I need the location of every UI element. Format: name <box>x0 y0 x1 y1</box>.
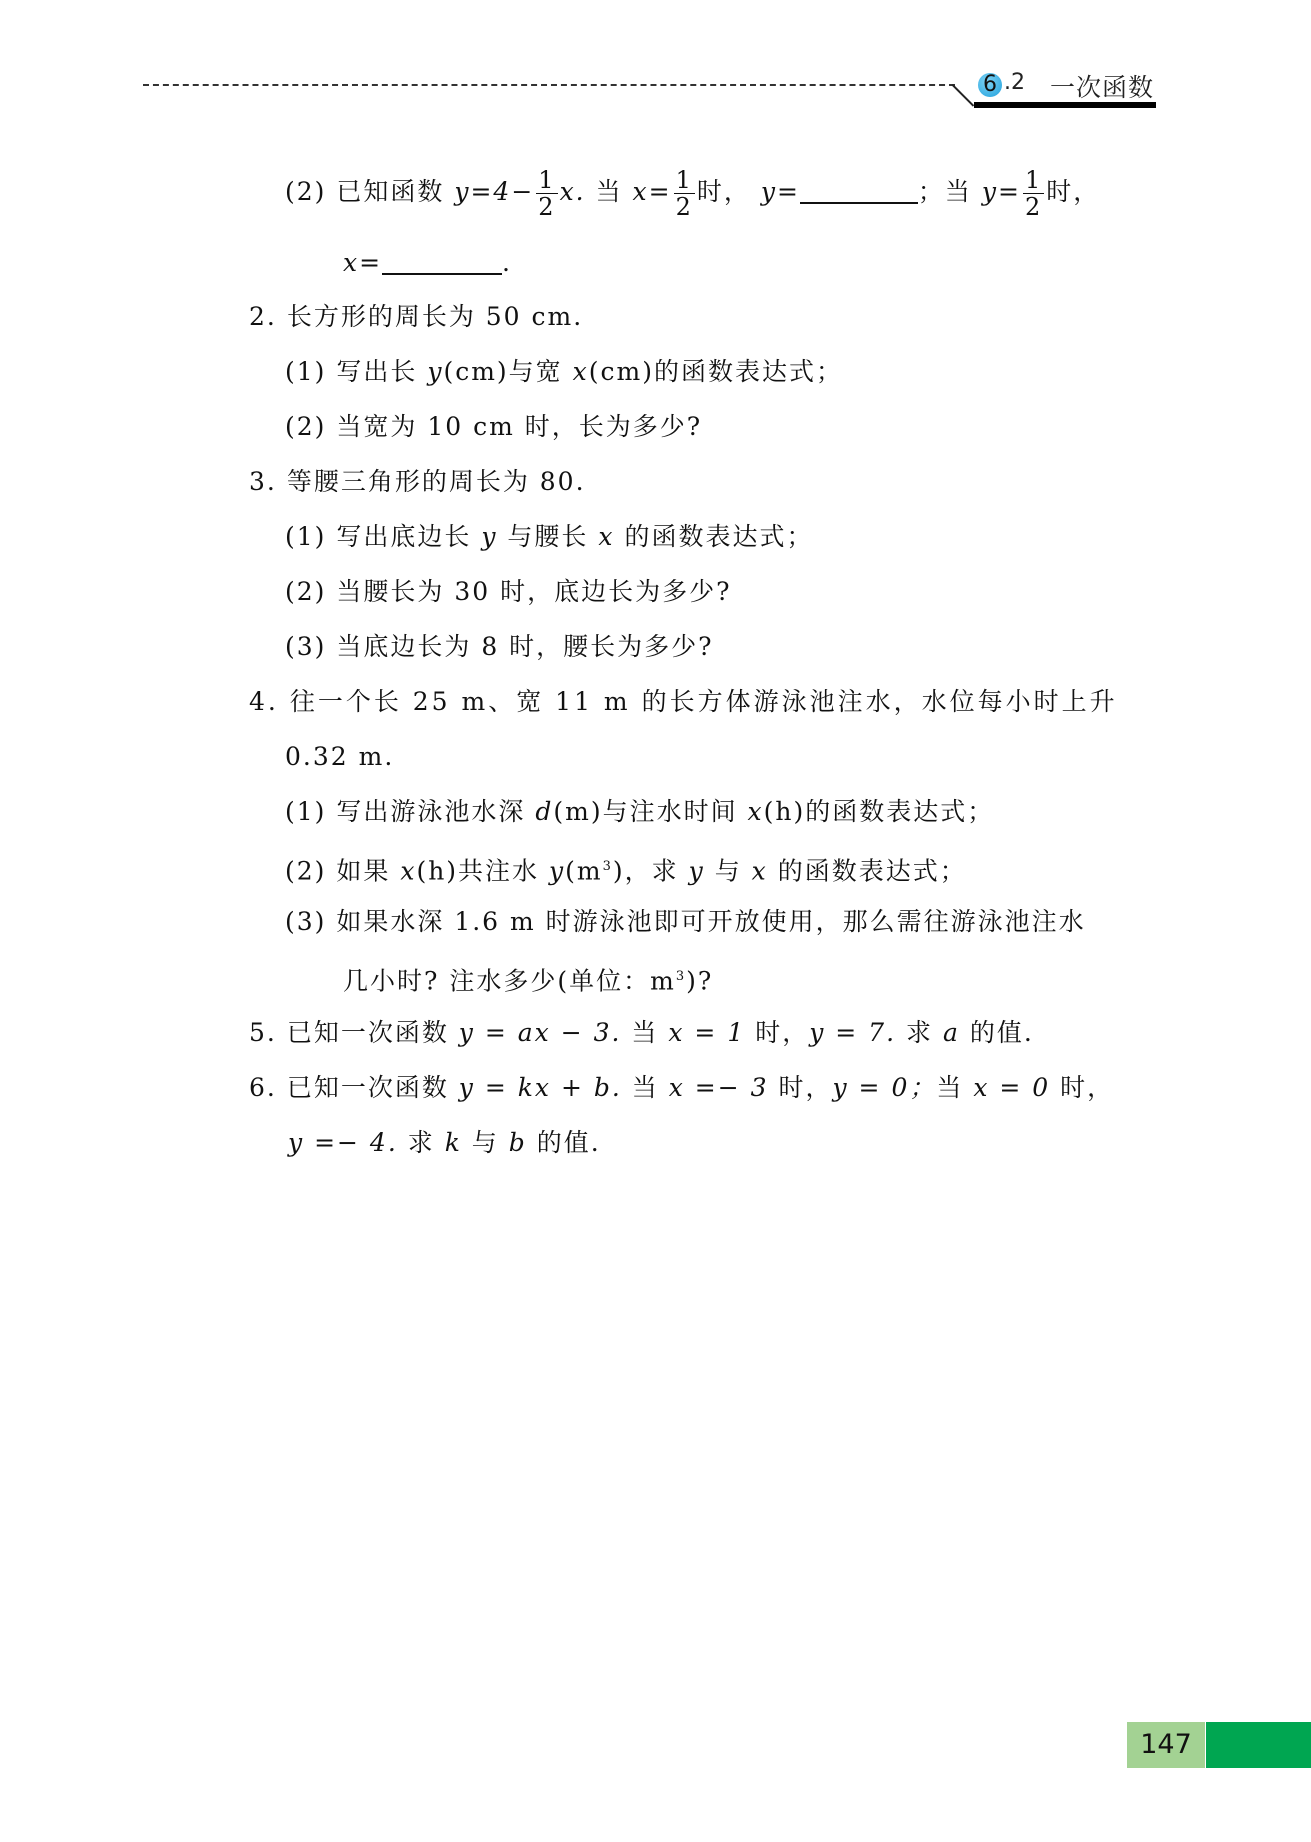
fraction-numerator: 1 <box>536 167 557 194</box>
question-text: 等腰三角形的周长为 80. <box>287 467 586 496</box>
math-var: x <box>598 522 614 551</box>
math-var: x <box>752 856 768 885</box>
text: 时， <box>1046 177 1100 206</box>
part-label: (1) <box>285 797 326 826</box>
q3-part3: (3) 当底边长为 8 时，腰长为多少? <box>285 632 714 662</box>
text: 当 <box>631 1018 658 1047</box>
fraction-numerator: 1 <box>674 167 695 194</box>
math-expr: x. <box>560 177 586 206</box>
text: 与腰长 <box>507 522 588 551</box>
q5: 5. 已知一次函数 y = ax − 3. 当 x = 1 时，y = 7. 求… <box>249 1018 1034 1048</box>
question-number: 3. <box>249 467 277 496</box>
question-text: 0.32 m. <box>285 742 394 771</box>
math-var: y <box>481 522 497 551</box>
q4-part2: (2) 如果 x(h)共注水 y(m3)，求 y 与 x 的函数表达式； <box>285 852 967 886</box>
question-number: 4. <box>249 687 279 716</box>
part-label: (3) <box>285 632 326 661</box>
question-number: 6. <box>249 1073 277 1102</box>
part-label: (1) <box>285 357 326 386</box>
math-expr: x =− 3 <box>669 1073 769 1102</box>
math-expr: y =− 4. <box>288 1128 398 1157</box>
page-number: 147 <box>1127 1722 1205 1768</box>
math-expr: y= <box>982 177 1021 206</box>
fraction-denominator: 2 <box>536 194 557 220</box>
answer-blank-x[interactable] <box>382 273 502 275</box>
text: 已知一次函数 <box>287 1073 449 1102</box>
math-var: y <box>427 357 443 386</box>
part-label: (1) <box>285 522 326 551</box>
math-expr: y = 7. <box>809 1018 896 1047</box>
math-var: d <box>535 797 553 826</box>
question-number: 5. <box>249 1018 277 1047</box>
section-title: 一次函数 <box>1050 68 1154 104</box>
text: 的值. <box>537 1128 601 1157</box>
text: 如果 <box>336 856 390 885</box>
math-var: y <box>549 856 565 885</box>
math-var: k <box>445 1128 462 1157</box>
text: 写出底边长 <box>336 522 471 551</box>
fraction: 12 <box>536 167 557 220</box>
text: 与 <box>472 1128 499 1157</box>
part-label: (2) <box>285 577 326 606</box>
text: (cm)的函数表达式； <box>589 357 843 386</box>
math-expr: x= <box>343 248 382 277</box>
q1-part2-line1: (2) 已知函数 y=4−12x. 当 x=12时， y=；当 y=12时， <box>285 167 1100 220</box>
text: (cm)与宽 <box>443 357 562 386</box>
text: 时， <box>697 177 751 206</box>
text: 写出长 <box>336 357 417 386</box>
text: 当 <box>632 1073 659 1102</box>
text: )，求 <box>613 856 679 885</box>
math-expr: x= <box>633 177 672 206</box>
part-label: (2) <box>285 177 326 206</box>
text: (m <box>565 856 602 885</box>
q1-part2-line2: x=. <box>343 248 512 278</box>
math-var: a <box>943 1018 960 1047</box>
superscript: 3 <box>603 859 613 874</box>
text: 时， <box>755 1018 809 1047</box>
header-diagonal-rule <box>952 84 975 107</box>
q3-part1: (1) 写出底边长 y 与腰长 x 的函数表达式； <box>285 522 813 552</box>
math-expr: y=4− <box>454 177 534 206</box>
q4-stem-line2: 0.32 m. <box>285 742 394 772</box>
q4-part1: (1) 写出游泳池水深 d(m)与注水时间 x(h)的函数表达式； <box>285 797 994 827</box>
math-expr: y = kx + b. <box>459 1073 622 1102</box>
text: 时， <box>778 1073 832 1102</box>
text: 与 <box>715 856 742 885</box>
math-expr: y= <box>761 177 800 206</box>
text: 已知函数 <box>336 177 444 206</box>
part-label: (3) <box>285 907 326 936</box>
q2-stem: 2. 长方形的周长为 50 cm. <box>249 302 583 332</box>
text: 已知一次函数 <box>287 1018 449 1047</box>
question-text: 往一个长 25 m、宽 11 m 的长方体游泳池注水，水位每小时上升 <box>290 687 1118 716</box>
math-var: b <box>509 1128 527 1157</box>
text: (m)与注水时间 <box>553 797 737 826</box>
text: ；当 <box>918 177 972 206</box>
header-dashed-rule <box>143 84 955 86</box>
math-var: x <box>748 797 764 826</box>
text: 的函数表达式； <box>778 856 967 885</box>
text: 如果水深 1.6 m 时游泳池即可开放使用，那么需往游泳池注水 <box>336 907 1085 936</box>
fraction-numerator: 1 <box>1023 167 1044 194</box>
section-number: .2 <box>1004 70 1025 95</box>
superscript: 3 <box>676 969 686 984</box>
math-expr: y = ax − 3. <box>459 1018 622 1047</box>
text: 当腰长为 30 时，底边长为多少? <box>336 577 731 606</box>
fraction: 12 <box>1023 167 1044 220</box>
q4-part3-line1: (3) 如果水深 1.6 m 时游泳池即可开放使用，那么需往游泳池注水 <box>285 907 1086 937</box>
fraction-denominator: 2 <box>1023 194 1044 220</box>
text: 当宽为 10 cm 时，长为多少? <box>336 412 702 441</box>
fraction-denominator: 2 <box>674 194 695 220</box>
text: (h)共注水 <box>416 856 539 885</box>
q3-part2: (2) 当腰长为 30 时，底边长为多少? <box>285 577 732 607</box>
chapter-number-badge: 6 <box>978 73 1002 97</box>
q2-part1: (1) 写出长 y(cm)与宽 x(cm)的函数表达式； <box>285 357 843 387</box>
math-var: x <box>400 856 416 885</box>
text: 的值. <box>970 1018 1034 1047</box>
q2-part2: (2) 当宽为 10 cm 时，长为多少? <box>285 412 702 442</box>
text: 求 <box>906 1018 933 1047</box>
part-label: (2) <box>285 856 326 885</box>
page-tab-bar <box>1206 1722 1311 1768</box>
text: . <box>502 248 512 277</box>
text: 时， <box>1060 1073 1114 1102</box>
math-var: x <box>573 357 589 386</box>
text: (h)的函数表达式； <box>764 797 995 826</box>
q3-stem: 3. 等腰三角形的周长为 80. <box>249 467 586 497</box>
text: 的函数表达式； <box>624 522 813 551</box>
q4-stem-line1: 4. 往一个长 25 m、宽 11 m 的长方体游泳池注水，水位每小时上升 <box>249 687 1118 717</box>
text: 求 <box>408 1128 435 1157</box>
text: 几小时? 注水多少(单位：m <box>343 966 676 995</box>
fraction: 12 <box>674 167 695 220</box>
answer-blank-y[interactable] <box>800 202 918 204</box>
text: 当 <box>596 177 623 206</box>
text: 当 <box>936 1073 963 1102</box>
math-var: y <box>689 856 705 885</box>
q4-part3-line2: 几小时? 注水多少(单位：m3)? <box>343 962 713 996</box>
part-label: (2) <box>285 412 326 441</box>
q6-line2: y =− 4. 求 k 与 b 的值. <box>288 1128 601 1158</box>
math-expr: x = 0 <box>973 1073 1050 1102</box>
text: 当底边长为 8 时，腰长为多少? <box>336 632 713 661</box>
q6-line1: 6. 已知一次函数 y = kx + b. 当 x =− 3 时，y = 0；当… <box>249 1073 1114 1103</box>
question-number: 2. <box>249 302 277 331</box>
math-expr: y = 0； <box>832 1073 936 1102</box>
text: )? <box>686 966 713 995</box>
question-text: 长方形的周长为 50 cm. <box>287 302 583 331</box>
text: 写出游泳池水深 <box>336 797 525 826</box>
math-expr: x = 1 <box>668 1018 745 1047</box>
